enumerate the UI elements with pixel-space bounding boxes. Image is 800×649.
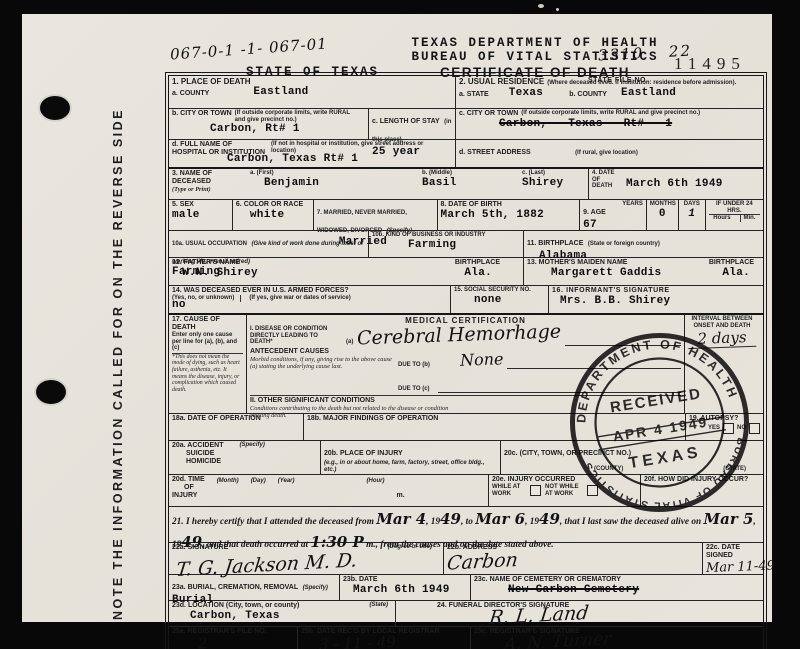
reverse-side-note-text: NOTE THE INFORMATION CALLED FOR ON THE R…	[111, 108, 125, 620]
form-row: d. FULL NAME OF HOSPITAL OR INSTITUTION …	[169, 140, 763, 169]
physician-address-cell: 22b. ADDRESS Carbon	[444, 543, 703, 574]
date-of-birth-value: March 5th, 1882	[441, 209, 577, 221]
burial-note: (Specify)	[303, 585, 328, 591]
disease-leading-label-1: I. DISEASE OR CONDITION	[250, 326, 327, 332]
middle-name-cell: b. (Middle) Basil	[419, 169, 519, 199]
time-of-injury-cell: 20d. TIME OF INJURY (Month) (Day) (Year)…	[169, 475, 489, 506]
cause-note2: *This does not mean the mode of dying, s…	[172, 354, 243, 394]
burial-cell: 23a. BURIAL, CREMATION, REMOVAL (Specify…	[169, 575, 340, 600]
handwritten-file-code: 067-0-1 -1- 067-01	[170, 35, 329, 64]
due-to-b-label: DUE TO (b)	[398, 362, 430, 369]
date-signed-label: 22c. DATE SIGNED	[706, 544, 760, 560]
form-row: 25a. REGISTRAR'S FILE NO. 2 25b. DATE RE…	[169, 627, 763, 649]
burial-date-label: 23b. DATE	[343, 576, 467, 584]
registrar-file-cell: 25a. REGISTRAR'S FILE NO. 2	[169, 627, 298, 649]
residence-city-label: c. CITY OR TOWN	[459, 110, 518, 118]
informant-cell: 16. INFORMANT'S SIGNATURE Mrs. B.B. Shir…	[549, 286, 763, 313]
last-name-value: Shirey	[522, 177, 585, 189]
certification-to-year: 49	[539, 510, 560, 528]
certification-text-3: , to	[461, 517, 473, 527]
name-subtitle: (Type or Print)	[172, 186, 244, 193]
death-city-note: (If outside corporate limits, write RURA…	[235, 110, 355, 123]
residence-state-value: Texas	[509, 87, 544, 99]
birthplace-note: (State or foreign country)	[588, 241, 660, 247]
street-address-label: d. STREET ADDRESS	[459, 149, 531, 156]
residence-state-label: a. STATE	[459, 91, 489, 99]
certification-alive-date: Mar 5	[704, 510, 754, 528]
occupation-cell: 10a. USUAL OCCUPATION (Give kind of work…	[169, 231, 369, 257]
place-of-injury-label: 20b. PLACE OF INJURY	[324, 450, 403, 457]
mother-name-label: 13. MOTHER'S MAIDEN NAME	[527, 259, 627, 267]
age-under24-label: IF UNDER 24 HRS.	[709, 201, 760, 214]
certification-to-date: Mar 6	[475, 510, 525, 528]
informant-value: Mrs. B.B. Shirey	[560, 295, 760, 307]
while-at-work-label: WHILE AT WORK	[492, 484, 526, 497]
mother-name-value: Margarett Gaddis	[551, 267, 661, 279]
date-of-operation-cell: 18a. DATE OF OPERATION	[169, 414, 304, 440]
accident-note: (Specify)	[239, 442, 264, 466]
usual-residence-section: 2. USUAL RESIDENCE (Where deceased lived…	[456, 76, 763, 108]
place-of-death-section: 1. PLACE OF DEATH a. COUNTY Eastland	[169, 76, 456, 108]
industry-value: Farming	[408, 239, 520, 251]
sex-label: 5. SEX	[172, 201, 229, 209]
scanned-death-certificate: NOTE THE INFORMATION CALLED FOR ON THE R…	[0, 0, 800, 649]
age-hours-label: Hours	[713, 215, 730, 222]
age-months-value: 0	[650, 208, 675, 220]
name-title: 3. NAME OF DECEASED	[172, 170, 244, 186]
age-under24-cell: IF UNDER 24 HRS. Hours Min.	[706, 200, 763, 230]
accident-label: 20a. ACCIDENT SUICIDE HOMICIDE	[172, 442, 223, 466]
age-min-label: Min.	[740, 215, 756, 222]
form-row: 14. WAS DECEASED EVER IN U.S. ARMED FORC…	[169, 286, 763, 315]
date-of-death-label: 4. DATE OF DEATH	[592, 170, 622, 190]
hospital-cell: d. FULL NAME OF HOSPITAL OR INSTITUTION …	[169, 140, 456, 167]
certificate-paper: NOTE THE INFORMATION CALLED FOR ON THE R…	[22, 14, 772, 622]
last-name-cell: c. (Last) Shirey	[519, 169, 589, 199]
middle-name-label: b. (Middle)	[422, 170, 516, 177]
death-city-label: b. CITY OR TOWN	[172, 110, 232, 123]
stamp-state-text: TEXAS	[628, 444, 703, 472]
father-birthplace-value: Ala.	[464, 267, 492, 279]
age-days-cell: DAYS 1	[679, 200, 706, 230]
form-row: b. CITY OR TOWN (If outside corporate li…	[169, 109, 763, 140]
while-at-work-checkbox	[530, 485, 541, 496]
sex-value: male	[172, 209, 229, 221]
occupation-label: 10a. USUAL OCCUPATION	[172, 241, 247, 247]
age-label: 9. AGE	[583, 209, 606, 216]
injury-m-label: m.	[397, 492, 405, 500]
svg-text:DEPARTMENT OF HEALTH: DEPARTMENT OF HEALTH	[563, 325, 741, 425]
usual-residence-note: (Where deceased lived. If institution: r…	[547, 80, 736, 87]
registrar-signature-cell: 25c. REGISTRAR'S SIGNATURE A. N. Turner	[471, 627, 763, 649]
residence-city-note: (If outside corporate limits, write RURA…	[521, 110, 700, 118]
burial-date-value: March 6th 1949	[353, 584, 467, 596]
cemetery-label: 23c. NAME OF CEMETERY OR CREMATORY	[474, 576, 760, 584]
date-of-operation-label: 18a. DATE OF OPERATION	[172, 415, 300, 423]
ssn-label: 15. SOCIAL SECURITY NO.	[454, 287, 545, 294]
time-of-injury-label-3: INJURY	[172, 492, 197, 499]
industry-cell: 10b. KIND OF BUSINESS OR INDUSTRY Farmin…	[369, 231, 524, 257]
name-title-cell: 3. NAME OF DECEASED (Type or Print)	[169, 169, 247, 199]
disease-leading-label: I. DISEASE OR CONDITION DIRECTLY LEADING…	[250, 326, 342, 346]
cause-of-death-label: 17. CAUSE OF DEATH	[172, 316, 243, 332]
industry-label: 10b. KIND OF BUSINESS OR INDUSTRY	[372, 232, 520, 239]
date-of-birth-label: 8. DATE OF BIRTH	[441, 201, 577, 209]
age-days-label: DAYS	[682, 201, 702, 208]
mother-birthplace-label: BIRTHPLACE	[709, 259, 754, 267]
morbid-note: Morbid conditions, if any, giving rise t…	[250, 356, 398, 393]
registrar-file-value: 2	[198, 631, 295, 649]
burial-label: 23a. BURIAL, CREMATION, REMOVAL	[172, 584, 298, 591]
date-of-death-value: March 6th 1949	[626, 178, 760, 190]
date-of-birth-cell: 8. DATE OF BIRTH March 5th, 1882	[438, 200, 581, 230]
first-name-cell: a. (First) Benjamin	[247, 169, 419, 199]
age-months-cell: MONTHS 0	[647, 200, 679, 230]
age-years-value: 67	[583, 219, 643, 231]
residence-city-cell: c. CITY OR TOWN (If outside corporate li…	[456, 109, 763, 139]
first-name-value: Benjamin	[264, 177, 416, 189]
armed-forces-label: 14. WAS DECEASED EVER IN U.S. ARMED FORC…	[172, 287, 447, 295]
ssn-value: none	[474, 294, 545, 306]
received-stamp: DEPARTMENT OF HEALTH BUREAU OF VITAL STA…	[554, 317, 766, 529]
form-row: 23d. LOCATION (City, town, or county) (S…	[169, 601, 763, 627]
residence-county-label: b. COUNTY	[569, 91, 607, 99]
race-cell: 6. COLOR OR RACE white	[233, 200, 314, 230]
death-city-value: Carbon, Rt# 1	[210, 123, 365, 135]
place-of-injury-note: (e.g., in or about home, farm, factory, …	[324, 460, 497, 473]
registrar-date-cell: 25b. DATE REC'D BY LOCAL REGISTRAR 3 - 1…	[298, 627, 471, 649]
form-row: 5. SEX male 6. COLOR OR RACE white 7. MA…	[169, 200, 763, 231]
certification-from-year: 49	[440, 510, 461, 528]
scan-speckle	[538, 4, 544, 8]
accident-label-2: SUICIDE	[186, 450, 214, 457]
death-county-label: a. COUNTY	[172, 90, 209, 98]
father-name-label: 12. FATHER'S NAME	[172, 259, 240, 267]
ssn-cell: 15. SOCIAL SECURITY NO. none	[451, 286, 549, 313]
length-of-stay-label: c. LENGTH OF STAY	[372, 118, 440, 125]
mother-birthplace-value: Ala.	[722, 267, 750, 279]
physician-signature-label: 22a. SIGNATURE	[172, 544, 228, 552]
age-days-value: 1	[682, 208, 702, 220]
time-of-injury-label: 20d. TIME OF INJURY	[172, 476, 205, 500]
cause-note1: Enter only one cause per line for (a), (…	[172, 332, 243, 354]
middle-name-value: Basil	[422, 177, 516, 189]
armed-forces-note2: (If yes, give war or dates of service)	[249, 295, 350, 302]
certification-text-4: , 19	[525, 517, 539, 527]
father-cell: 12. FATHER'S NAME BIRTHPLACE W.N. Shirey…	[169, 258, 524, 285]
residence-county-value: Eastland	[621, 87, 676, 99]
race-label: 6. COLOR OR RACE	[236, 201, 310, 209]
burial-date-cell: 23b. DATE March 6th 1949	[340, 575, 471, 600]
date-signed-value: Mar 11-49	[706, 559, 760, 576]
place-of-death-title: 1. PLACE OF DEATH	[172, 77, 452, 86]
stamp-received-text: RECEIVED	[609, 385, 703, 416]
injury-year-note: (Year)	[278, 478, 295, 500]
burial-location-cell: 23d. LOCATION (City, town, or county) (S…	[169, 601, 396, 626]
scan-speckle	[556, 8, 559, 11]
sex-cell: 5. SEX male	[169, 200, 233, 230]
physician-signature-cell: 22a. SIGNATURE (Degree or title) T. G. J…	[169, 543, 444, 574]
marital-cell: 7. MARRIED, NEVER MARRIED, WIDOWED, DIVO…	[314, 200, 438, 230]
form-row: 10a. USUAL OCCUPATION (Give kind of work…	[169, 231, 763, 258]
age-years-label: YEARS	[622, 201, 643, 208]
form-row: 3. NAME OF DECEASED (Type or Print) a. (…	[169, 169, 763, 200]
stamp-arc-top-text: DEPARTMENT OF HEALTH	[563, 325, 741, 425]
length-of-stay-cell: c. LENGTH OF STAY (in this place) 25 yea…	[369, 109, 456, 139]
mother-cell: 13. MOTHER'S MAIDEN NAME BIRTHPLACE Marg…	[524, 258, 763, 285]
injury-day-note: (Day)	[251, 478, 266, 500]
cause-a-prefix: (a)	[346, 339, 353, 346]
burial-location-label: 23d. LOCATION (City, town, or county)	[172, 602, 299, 610]
age-months-label: MONTHS	[650, 201, 675, 208]
burial-location-value: Carbon, Texas	[190, 610, 392, 622]
age-years-cell: 9. AGE YEARS 67	[580, 200, 647, 230]
reverse-side-note: NOTE THE INFORMATION CALLED FOR ON THE R…	[100, 104, 136, 624]
funeral-director-cell: 24. FUNERAL DIRECTOR'S SIGNATURE R. L. L…	[396, 601, 763, 626]
death-city-cell: b. CITY OR TOWN (If outside corporate li…	[169, 109, 369, 139]
residence-city-value: Carbon, Texas Rt# 1	[499, 118, 760, 130]
armed-forces-cell: 14. WAS DECEASED EVER IN U.S. ARMED FORC…	[169, 286, 451, 313]
death-county-value: Eastland	[253, 86, 308, 98]
punch-hole-top	[40, 96, 70, 120]
cause-margin-cell: 17. CAUSE OF DEATH Enter only one cause …	[169, 315, 247, 413]
race-value: white	[250, 209, 310, 221]
place-of-injury-cell: 20b. PLACE OF INJURY (e.g., in or about …	[321, 441, 501, 474]
street-address-note: (If rural, give location)	[575, 150, 638, 156]
disease-leading-label-2: DIRECTLY LEADING TO DEATH*	[250, 333, 318, 346]
certification-number: 21.	[172, 517, 184, 527]
certification-text-2: , 19	[426, 517, 440, 527]
date-signed-cell: 22c. DATE SIGNED Mar 11-49	[703, 543, 763, 574]
due-to-c-label: DUE TO (c)	[398, 386, 430, 393]
father-birthplace-label: BIRTHPLACE	[455, 259, 500, 267]
usual-residence-title: 2. USUAL RESIDENCE	[459, 77, 544, 86]
certification-from-date: Mar 4	[376, 510, 426, 528]
injury-month-note: (Month)	[217, 478, 239, 500]
form-row: 22a. SIGNATURE (Degree or title) T. G. J…	[169, 543, 763, 575]
accident-label-1: 20a. ACCIDENT	[172, 442, 223, 449]
first-name-label: a. (First)	[250, 170, 416, 177]
last-name-label: c. (Last)	[522, 170, 585, 177]
time-of-injury-label-2: OF	[184, 484, 194, 491]
accident-cell: 20a. ACCIDENT SUICIDE HOMICIDE (Specify)	[169, 441, 321, 474]
form-row: 12. FATHER'S NAME BIRTHPLACE W.N. Shirey…	[169, 258, 763, 286]
accident-label-3: HOMICIDE	[186, 458, 221, 465]
father-name-value: W.N. Shirey	[182, 267, 258, 279]
state-file-number: 11495	[674, 54, 746, 74]
form-row: 1. PLACE OF DEATH a. COUNTY Eastland 2. …	[169, 76, 763, 109]
certification-text-1: I hereby certify that I attended the dec…	[186, 517, 374, 527]
punch-hole-bottom	[36, 380, 66, 404]
informant-label: 16. INFORMANT'S SIGNATURE	[552, 287, 760, 295]
street-address-cell: d. STREET ADDRESS (If rural, give locati…	[456, 140, 763, 167]
date-of-death-cell: 4. DATE OF DEATH March 6th 1949	[589, 169, 763, 199]
birthplace-label: 11. BIRTHPLACE	[527, 240, 583, 247]
time-of-injury-label-1: 20d. TIME	[172, 476, 205, 483]
burial-location-state-note: (State)	[369, 602, 388, 610]
due-to-b-value: None	[460, 349, 504, 370]
injury-hour-note: (Hour)	[367, 478, 385, 500]
birthplace-cell: 11. BIRTHPLACE (State or foreign country…	[524, 231, 763, 257]
